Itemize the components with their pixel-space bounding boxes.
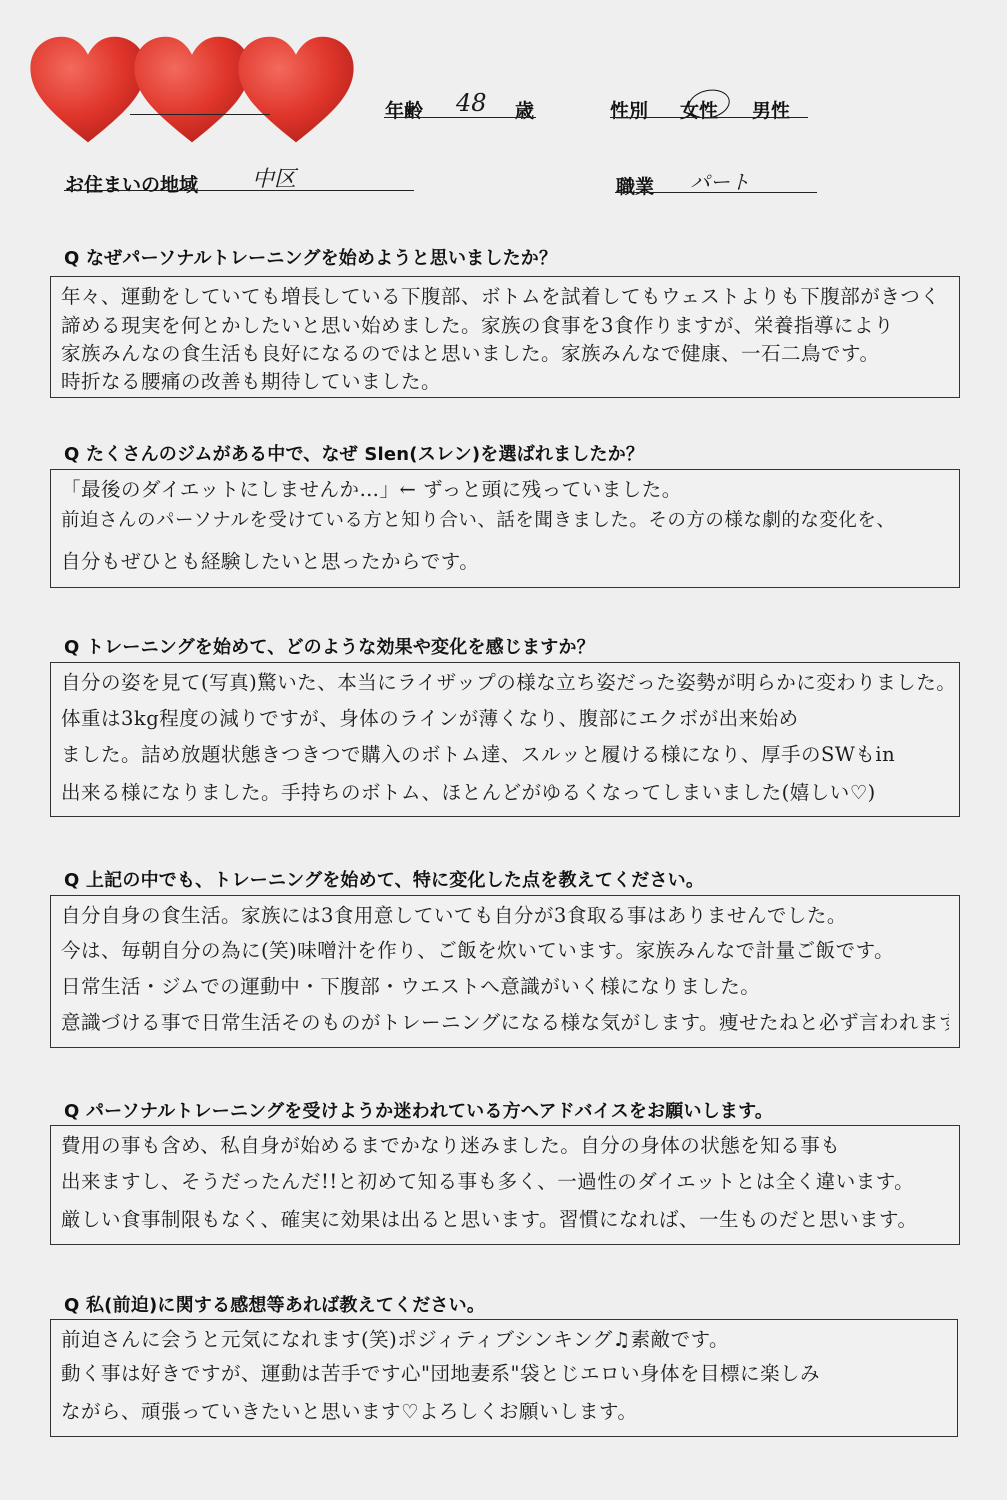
answer-line: 体重は3kg程度の減りですが、身体のラインが薄くなり、腹部にエクボが出来始め (61, 703, 949, 739)
gender-option-male[interactable]: 男性 (752, 96, 790, 123)
question-title-trainer-feedback: Q 私(前迫)に関する感想等あれば教えてください。 (64, 1291, 485, 1317)
gender-underline (610, 117, 808, 118)
region-value[interactable]: 中区 (252, 162, 296, 193)
heart-stickers (28, 32, 368, 157)
age-label: 年齢 (385, 96, 423, 123)
answer-line: 出来ますし、そうだったんだ!!と初めて知る事も多く、一過性のダイエットとは全く違… (61, 1166, 949, 1204)
answer-line: 今は、毎朝自分の為に(笑)味噌汁を作り、ご飯を炊いています。家族みんなで計量ご飯… (61, 935, 949, 971)
answer-line: 年々、運動をしていても増長している下腹部、ボトムを試着してもウェストよりも下腹部… (61, 281, 949, 310)
answer-box-advice[interactable]: 費用の事も含め、私自身が始めるまでかなり迷みました。自分の身体の状態を知る事も … (50, 1125, 960, 1245)
answer-box-motivation[interactable]: 年々、運動をしていても増長している下腹部、ボトムを試着してもウェストよりも下腹部… (50, 276, 960, 398)
answer-line: 出来る様になりました。手持ちのボトム、ほとんどがゆるくなってしまいました(嬉しい… (61, 777, 949, 813)
heart-icon (236, 32, 356, 152)
age-underline (384, 117, 536, 118)
answer-box-trainer-feedback[interactable]: 前迫さんに会うと元気になれます(笑)ポジィティブシンキング♫素敵です。 動く事は… (50, 1319, 958, 1437)
name-underline (130, 114, 270, 115)
heart-icon (132, 32, 252, 152)
answer-line: 厳しい食事制限もなく、確実に効果は出ると思います。習慣になれば、一生ものだと思い… (61, 1204, 949, 1240)
gender-label: 性別 (610, 96, 648, 123)
heart-icon (28, 32, 148, 152)
answer-line: 前迫さんに会うと元気になれます(笑)ポジィティブシンキング♫素敵です。 (61, 1324, 947, 1358)
answer-line: 前迫さんのパーソナルを受けている方と知り合い、話を聞きました。その方の様な劇的な… (61, 506, 949, 546)
question-title-biggest-change: Q 上記の中でも、トレーニングを始めて、特に変化した点を教えてください。 (64, 866, 704, 892)
job-value[interactable]: パート (690, 166, 750, 195)
answer-line: ました。詰め放題状態きつきつで購入のボトム達、スルッと履ける様になり、厚手のSW… (61, 739, 949, 777)
job-underline (615, 192, 817, 193)
question-title-motivation: Q なぜパーソナルトレーニングを始めようと思いましたか？ (64, 244, 557, 270)
answer-line: 自分自身の食生活。家族には3食用意していても自分が3食取る事はありませんでした。 (61, 900, 949, 935)
answer-line: 日常生活・ジムでの運動中・下腹部・ウエストへ意識がいく様になりました。 (61, 971, 949, 1007)
answer-line: 費用の事も含め、私自身が始めるまでかなり迷みました。自分の身体の状態を知る事も (61, 1130, 949, 1166)
age-value[interactable]: 48 (456, 89, 487, 117)
answer-line: 諦める現実を何とかしたいと思い始めました。家族の食事を3食作りますが、栄養指導に… (61, 310, 949, 338)
answer-box-why-slen[interactable]: 「最後のダイエットにしませんか…」← ずっと頭に残っていました。 前迫さんのパー… (50, 469, 960, 588)
question-title-advice: Q パーソナルトレーニングを受けようか迷われている方へアドバイスをお願いします。 (64, 1097, 773, 1123)
answer-line: 時折なる腰痛の改善も期待していました。 (61, 366, 949, 394)
answer-line: ながら、頑張っていきたいと思います♡よろしくお願いします。 (61, 1396, 947, 1430)
question-title-effects: Q トレーニングを始めて、どのような効果や変化を感じますか？ (64, 633, 595, 659)
job-label: 職業 (616, 172, 654, 199)
answer-line: 家族みんなの食生活も良好になるのではと思いました。家族みんなで健康、一石二鳥です… (61, 338, 949, 366)
region-label: お住まいの地域 (65, 170, 198, 197)
region-underline (64, 190, 414, 191)
answer-line: 自分の姿を見て(写真)驚いた、本当にライザップの様な立ち姿だった姿勢が明らかに変… (61, 667, 949, 703)
age-unit: 歳 (515, 96, 534, 123)
answer-line: 自分もぜひとも経験したいと思ったからです。 (61, 546, 949, 578)
answer-line: 「最後のダイエットにしませんか…」← ずっと頭に残っていました。 (61, 474, 949, 506)
answer-box-biggest-change[interactable]: 自分自身の食生活。家族には3食用意していても自分が3食取る事はありませんでした。… (50, 895, 960, 1048)
answer-box-effects[interactable]: 自分の姿を見て(写真)驚いた、本当にライザップの様な立ち姿だった姿勢が明らかに変… (50, 662, 960, 817)
answer-line: 意識づける事で日常生活そのものがトレーニングになる様な気がします。痩せたねと必ず… (61, 1007, 949, 1043)
question-title-why-slen: Q たくさんのジムがある中で、なぜ Slen(スレン)を選ばれましたか？ (64, 440, 644, 466)
answer-line: 動く事は好きですが、運動は苦手です心"団地妻系"袋とじエロい身体を目標に楽しみ (61, 1358, 947, 1396)
